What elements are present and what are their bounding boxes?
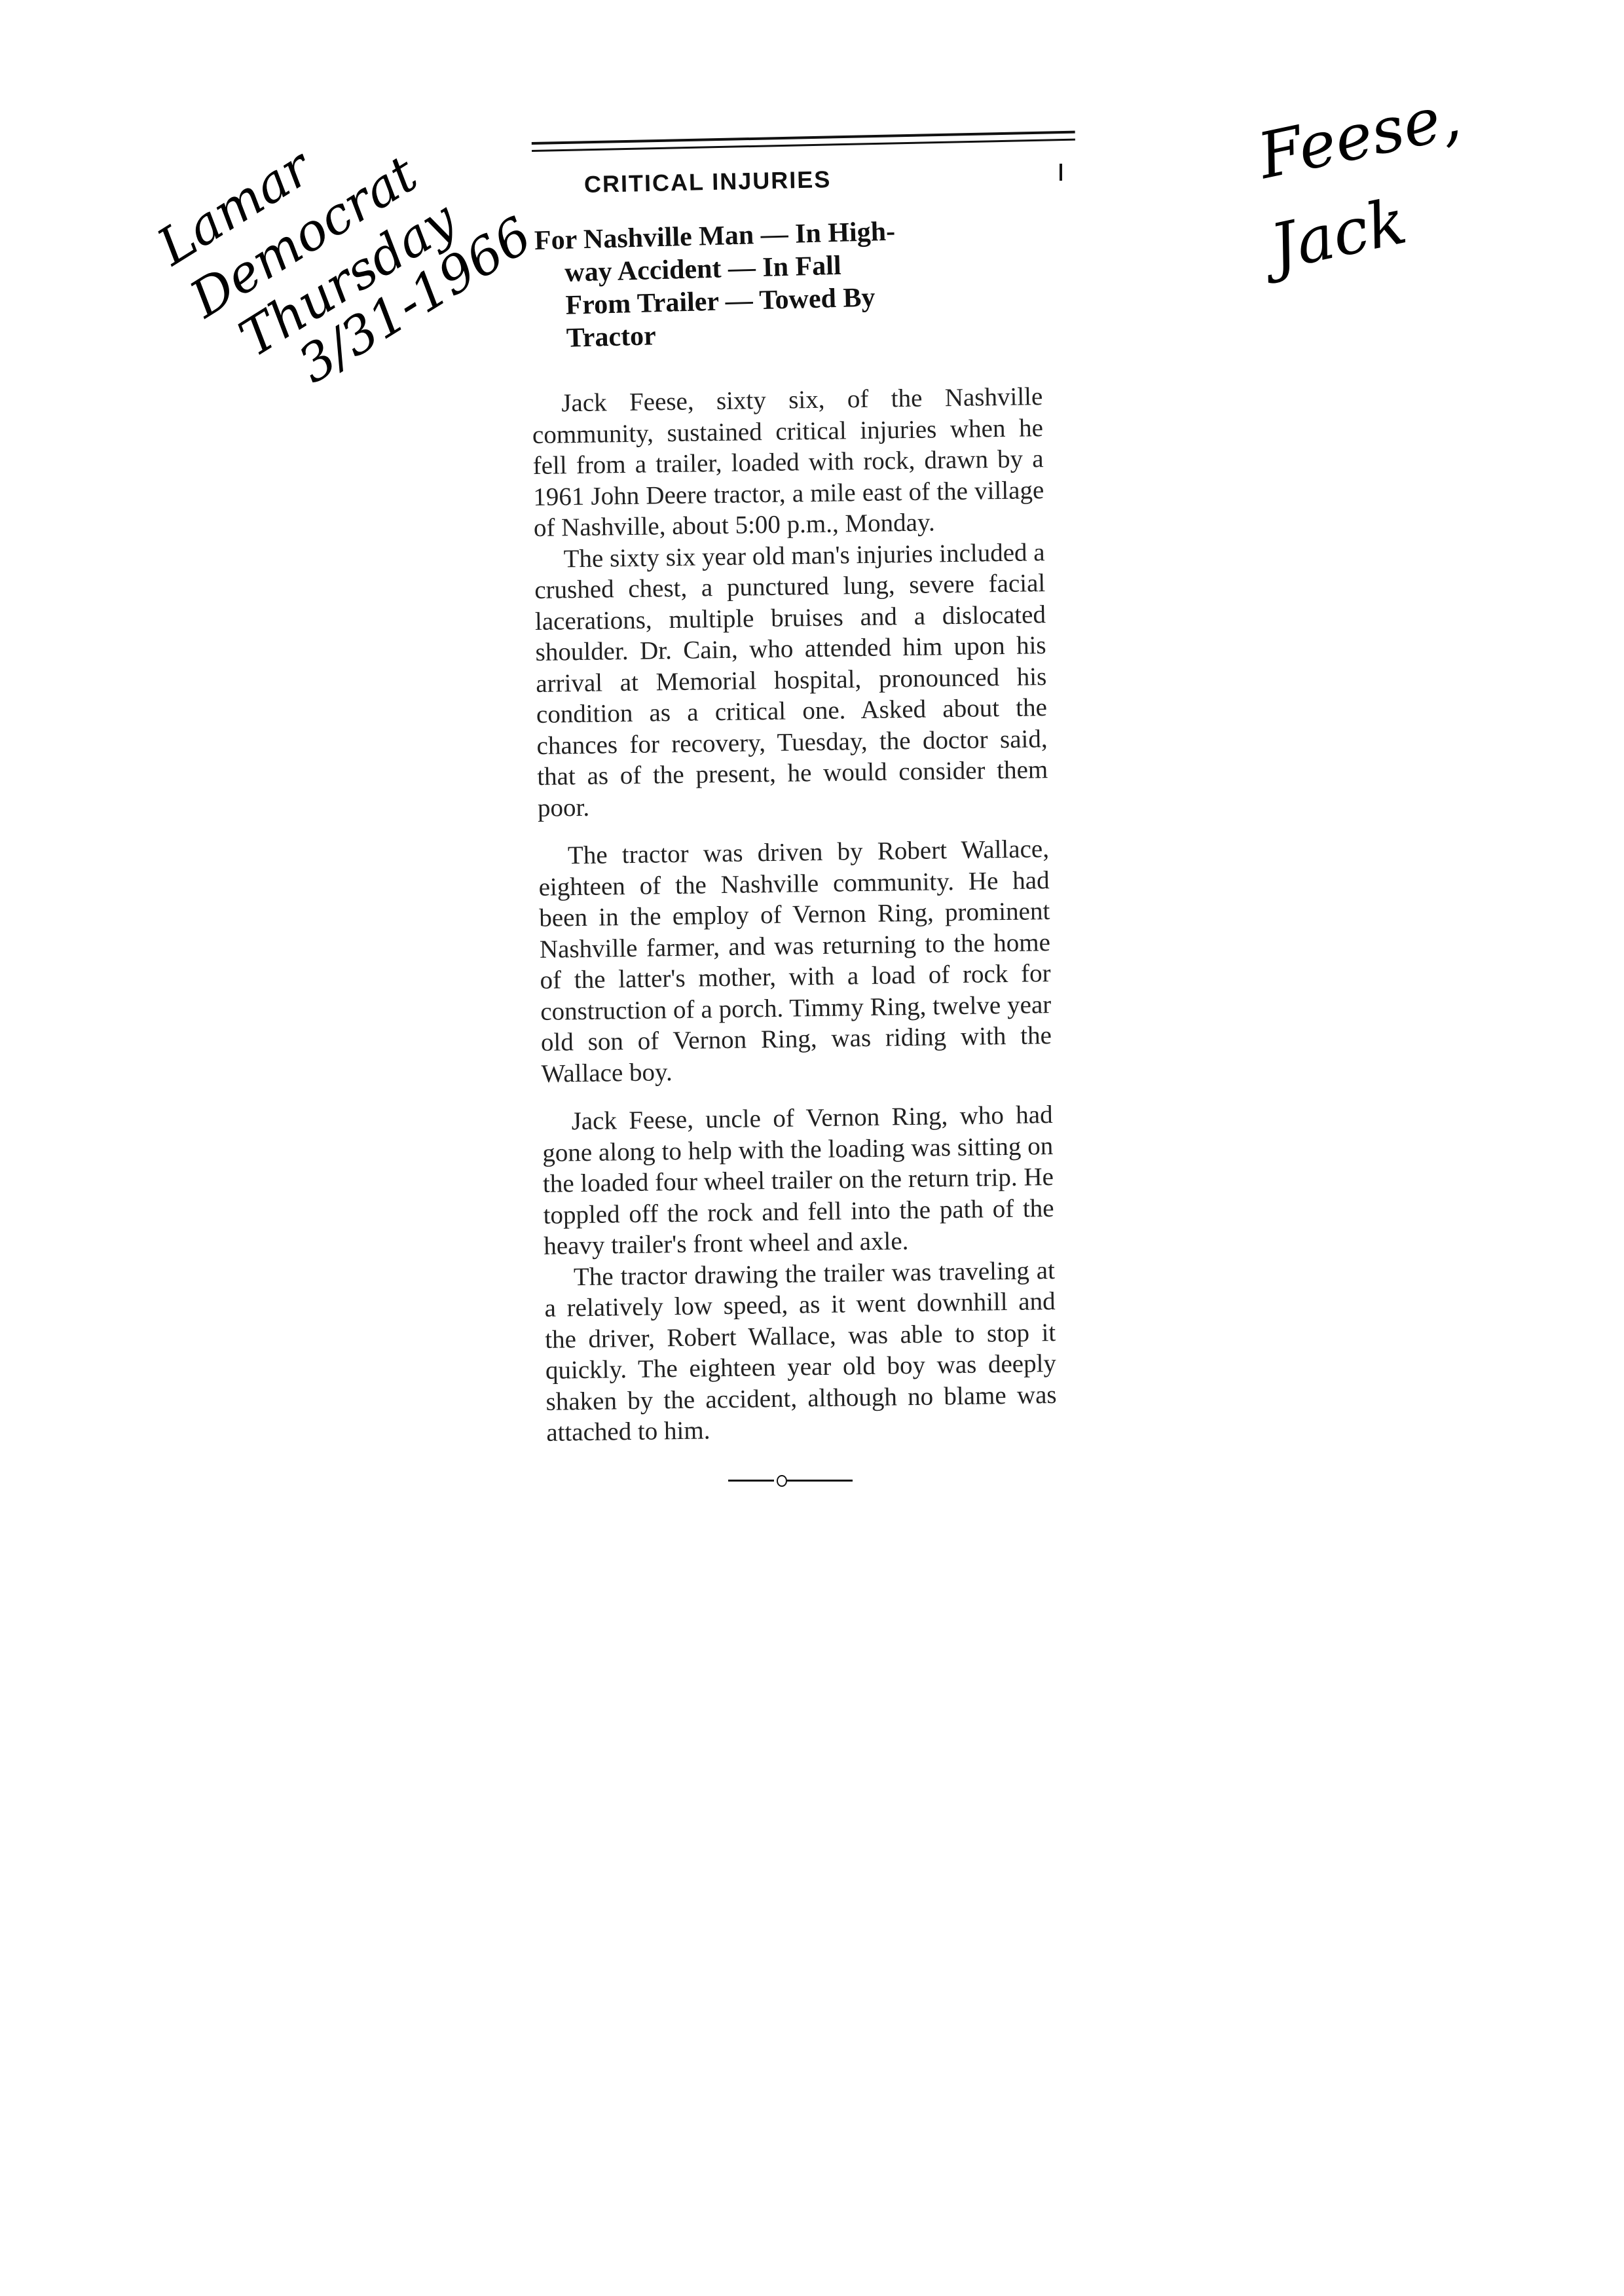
handwritten-given-name: Jack	[1265, 189, 1411, 279]
article-paragraph: The tractor drawing the trailer was trav…	[544, 1254, 1058, 1448]
column-rules	[532, 130, 1075, 156]
article-paragraph: Jack Feese, sixty six, of the Nashville …	[532, 381, 1044, 543]
handwritten-subject-note: Feese, Jack	[1231, 92, 1493, 288]
end-mark-bar	[728, 1480, 774, 1482]
newspaper-clipping: CRITICAL INJURIES For Nashville Man — In…	[532, 141, 1075, 1485]
end-mark-bar	[787, 1480, 853, 1482]
divider-rule-top	[532, 131, 1075, 145]
article-subhead: For Nashville Man — In High- way Acciden…	[534, 212, 1008, 355]
end-mark-ring-icon	[777, 1475, 787, 1487]
article-paragraph: The sixty six year old man's injuries in…	[534, 537, 1048, 824]
handwritten-source-note: Lamar Democrat Thursday 3/31-1966	[151, 111, 517, 334]
handwritten-surname: Feese,	[1253, 84, 1466, 189]
article-body: Jack Feese, sixty six, of the Nashville …	[532, 381, 1058, 1448]
article-headline: CRITICAL INJURIES	[584, 160, 1076, 198]
article-paragraph: The tractor was driven by Robert Wallace…	[538, 833, 1052, 1089]
article-paragraph: Jack Feese, uncle of Vernon Ring, who ha…	[542, 1099, 1054, 1262]
end-of-article-mark	[728, 1475, 853, 1485]
